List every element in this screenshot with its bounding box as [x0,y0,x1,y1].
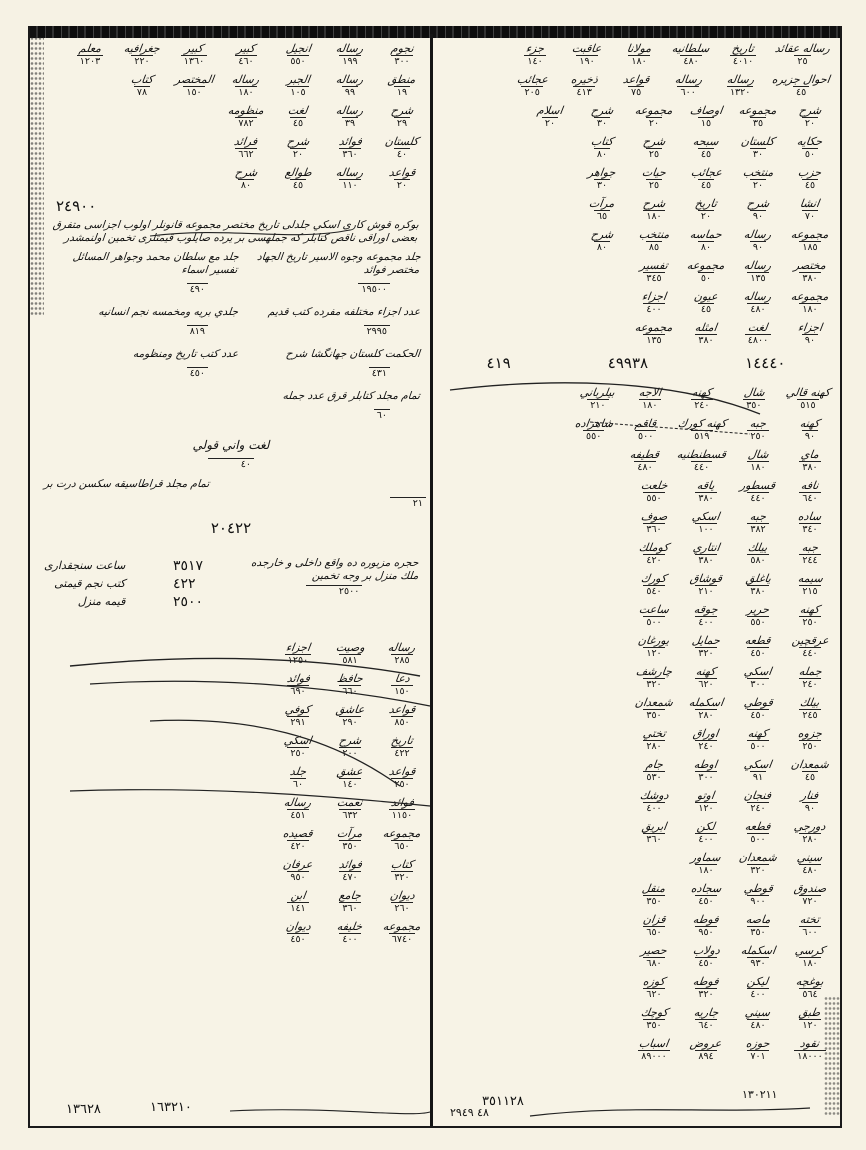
entry-value: ٤٥ [802,179,818,191]
entry-title: كتاب [130,73,154,86]
ledger-entry: چارشف٣٢٠ [634,665,674,690]
entry-value: ٢٥ [794,55,810,67]
entry-title: شمعدان [634,696,674,709]
ledger-row: شمعدان٤٥اسكي٩١اوطه٣٠٠جام٥٣٠ [442,758,830,783]
entry-title: عاقبت [571,42,602,55]
entry-value: ٣٢٠ [643,678,664,690]
ledger-entry: رساله٩٠ [738,228,778,253]
entry-value: ٥٣٠ [643,771,664,783]
entry-value: ٦٧٤٠ [389,933,415,945]
entry-value: ٢٠ [802,117,818,129]
entry-value: ٥٥٠ [583,430,604,442]
entry-value: ٤٥١ [287,809,308,821]
ledger-entry: ساعت٥٠٠ [634,603,674,628]
book-block: تمام مجلد كتابلر قرق عدد جمله٦٠ [250,390,420,422]
grand-total-left-2: ١٣٦٢٨ [66,1102,101,1117]
entry-value: ٣٠٠ [747,678,768,690]
entry-value: ٢٩١ [287,716,308,728]
entry-title: شمعدان [738,851,778,864]
ledger-entry: عشق١٤٠ [330,765,370,790]
entry-value: ٥٨٠ [747,554,768,566]
entry-title: اجزاء [641,290,667,303]
entry-title: كهنه [747,727,768,740]
entry-title: عروض [689,1037,722,1050]
ledger-entry: رساله١٣٥ [738,259,778,284]
ledger-entry: فنجان٢٤٠ [738,789,778,814]
entry-value: ١٤٠ [339,778,360,790]
ledger-entry: بوغچه٥٦٤ [790,975,830,1000]
book-block-text: عدد كتب تاريخ ومنظومه [67,348,238,361]
entry-title: رساله [336,73,365,86]
ledger-row: مجموعه١٨٠رساله٤٨٠عيون٤٥اجزاء٤٠٠ [442,290,830,315]
entry-title: ياغلق [745,572,772,585]
entry-title: شرح [390,104,414,117]
entry-title: فطعه [744,820,771,833]
ledger-entry: كهنه٢٥٠ [790,603,830,628]
entry-title: حرير [746,603,770,616]
entry-value: ٣٠٠ [695,771,716,783]
ledger-row: انشا٧٠شرح٩٠تاريخ٢٠شرح١٨٠مرآت٦٥ [442,197,830,222]
entry-value: ٤٠٠ [747,988,768,1000]
entry-title: اوطه [694,758,719,771]
ledger-entry: اسلام٢٠ [530,104,570,129]
ledger-entry: جام٥٣٠ [634,758,674,783]
entry-title: منتخب [742,166,774,179]
entry-value: ٩٥٠ [695,926,716,938]
entry-value: ١٢٠ [799,1019,820,1031]
entry-value: ٣٦٠ [643,833,664,845]
entry-title: مجموعه [382,827,421,840]
entry-value: ٣٠ [594,117,610,129]
entry-title: فوائد [338,135,363,148]
entry-title: امثله [694,321,718,334]
entry-value: ٩٠ [802,802,818,814]
entry-value: ١٨٠ [639,399,660,411]
ledger-entry: كلستان٤٠ [382,135,422,160]
ledger-entry: نافه٦٤٠ [790,479,830,504]
entry-title: سلطانيه [671,42,710,55]
ledger-entry: قزان٦٥٠ [634,913,674,938]
ledger-row: تاريخ٤٢٢شرح٢٠٠اسكي٢٥٠ [40,734,422,759]
entry-title: مجموعه [686,259,725,272]
signature: لغت واني قولي [36,438,426,452]
book-block-text: جلدي بريه ومخمسه نجم انسانيه [67,306,238,319]
corner-total: ١٣٠٢١١ [742,1088,777,1101]
entry-value: ٤٠٠ [695,616,716,628]
hand-value: ٢٥٠٠ [306,585,362,597]
entry-title: قوطي [743,882,774,895]
ledger-entry: عجائب٤٥ [686,166,726,191]
entry-title: عرفان [282,858,313,871]
manuscript-page: رساله عقائد٢٥تاريخ٤٠١٠سلطانيه٤٨٠مولانا١٨… [28,26,842,1128]
entry-title: صوف [640,510,668,523]
entry-title: قزان [642,913,666,926]
entry-title: رساله عقائد [774,42,831,55]
ledger-entry: مجموعه١٨٠ [790,290,830,315]
entry-value: ٣٨٠ [695,334,716,346]
ledger-entry: حماسه٨٠ [686,228,726,253]
ledger-row: رساله٢٨٥وصيت٥٨١اجزاء١٢٥٠ [40,641,422,666]
entry-title: جوقه [693,603,718,616]
entry-value: ٥١٩ [691,430,712,442]
ledger-entry: رساله٤٥١ [278,796,318,821]
entry-title: مجموعه [382,920,421,933]
ledger-entry: رساله١١٠ [330,166,370,191]
book-block-value: ٤٥٠ [187,367,208,379]
entry-value: ٨٩٤ [695,1050,716,1062]
ledger-entry: قطيفه٤٨٠ [625,448,665,473]
ledger-row: مجموعه٦٧٤٠خليفه٤٠٠ديوان٤٥٠ [40,920,422,945]
entry-title: نعمت [336,796,363,809]
entry-value: ٨٠ [594,241,610,253]
entry-value: ٤٥ [802,771,818,783]
entry-title: طبق [798,1006,821,1019]
entry-value: ٢٨٠ [695,709,716,721]
entry-title: كوچك [640,1006,669,1019]
entry-value: ٨٠ [698,241,714,253]
entry-title: شرح [286,135,310,148]
entry-value: ١٢٥٠ [285,654,311,666]
entry-value: ٤٥ [290,179,306,191]
ledger-entry: جبه٢٤٤ [790,541,830,566]
ledger-entry: كورك٥٤٠ [634,572,674,597]
entry-value: ٤٦٠ [235,55,256,67]
entry-title: قسطنطنيه [676,448,727,461]
ledger-entry: مجموعه٥٠ [686,259,726,284]
entry-value: ٣٨٠ [799,272,820,284]
ledger-entry: ليكن٤٠٠ [738,975,778,1000]
grand-total-left-1: ١٦٣٢١٠ [150,1100,192,1115]
ledger-entry: اسكمله٢٨٠ [686,696,726,721]
ledger-row: نجوم٣٠٠رساله١٩٩انجيل٥٥٠كبير٤٦٠كبير١٣٦٠جغ… [40,42,422,67]
entry-title: سيمه [797,572,824,585]
ledger-entry: تاريخ٢٠ [686,197,726,222]
ledger-entry: قواعد٢٠ [382,166,422,191]
ledger-entry: مجموعه٦٥٠ [382,827,422,852]
entry-title: فوائد [390,796,415,809]
entry-value: ٤٠١٠ [730,55,756,67]
ledger-row: بوغچه٥٦٤ليكن٤٠٠فوطه٣٢٠كوزه٦٢٠ [442,975,830,1000]
entry-value: ٣٢٠ [695,988,716,1000]
ledger-entry: جبه٣٨٢ [738,510,778,535]
entry-value: ٩٠ [750,210,766,222]
ledger-entry: حيات٢٥ [634,166,674,191]
ledger-entry: دعا١٥٠ [382,672,422,697]
entry-title: شرح [234,166,258,179]
ledger-entry: لغت٤٨٠٠ [738,321,778,346]
ledger-entry: سيني٤٨٠ [790,851,830,876]
ledger-entry: المختصر١٥٠ [174,73,214,98]
entry-title: خلعت [640,479,668,492]
entry-title: فوطه [692,975,719,988]
entry-value: ٤٤٠ [747,492,768,504]
ledger-entry: سجاده٤٥٠ [686,882,726,907]
ledger-entry: جزء١٤٠ [515,42,555,67]
entry-title: انتاري [692,541,721,554]
entry-value: ٤٥٠ [747,647,768,659]
ledger-entry: ماصه٣٥٠ [738,913,778,938]
entry-title: قوطي [743,696,774,709]
ledger-row: جبه٢٤٤ييلك٥٨٠انتاري٣٨٠كوملك٤٢٠ [442,541,830,566]
ledger-entry: عرقچين٤٤٠ [790,634,830,659]
entry-value: ٢٠٠ [339,747,360,759]
entry-title: رساله [232,73,261,86]
entry-value: ٦٦٢ [235,148,256,160]
entry-title: طوالع [284,166,313,179]
ledger-row: ساده٣٤٠جبه٣٨٢اسكي١٠٠صوف٣٦٠ [442,510,830,535]
entry-title: ذخيره [570,73,599,86]
entry-value: ٦٣٢ [339,809,360,821]
grand-total-right-2: ٤٨ ٢٩٤٩ [450,1106,489,1119]
entry-title: كبير [184,42,204,55]
entry-value: ٩٠ [802,430,818,442]
ledger-entry: فوائد٤٧٠ [330,858,370,883]
ledger-entry: لغت٤٥ [278,104,318,129]
entry-title: اسكمله [740,944,776,957]
ledger-entry: اجزاء١٢٥٠ [278,641,318,666]
entry-value: ٣٥٠ [643,895,664,907]
ledger-entry: سيمه٢١٥ [790,572,830,597]
line-note: تمام مجلد قراطاسيقه سكسن درت بر [43,478,418,491]
ledger-row: قواعد٢٥٠عشق١٤٠جلد٦٠ [40,765,422,790]
entry-title: دورجي [793,820,826,833]
entry-title: جزوه [797,727,823,740]
ledger-entry: كوچك٣٥٠ [634,1006,674,1031]
ledger-entry: اوطه٣٠٠ [686,758,726,783]
ledger-entry: قصيده٤٢٠ [278,827,318,852]
entry-value: ٩٠ [802,334,818,346]
ledger-entry: مختصر٣٨٠ [790,259,830,284]
ledger-entry: شرح٨٠ [582,228,622,253]
entry-value: ٢٤٤ [799,554,820,566]
entry-title: رساله [336,166,365,179]
entry-title: خليفه [336,920,363,933]
entry-value: ٤٥٠ [695,895,716,907]
hand-block: حجره مزبوره ده واقع داخلی و خارجدهملك من… [44,557,418,611]
entry-title: ييلك [747,541,768,554]
entry-title: قواعد [388,765,416,778]
ledger-entry: سيني٤٨٠ [738,1006,778,1031]
entry-value: ٣٦٠ [339,902,360,914]
entry-value: ٦٨٠ [643,957,664,969]
entry-value: ٧٨٢ [235,117,256,129]
ledger-entry: شرح٢٠ [278,135,318,160]
entry-title: ابن [290,889,306,902]
ledger-row: كهنه قالي٥١٥شال٣٥٠كهنه٢٤٠الاجه١٨٠بيلربان… [442,386,830,411]
ledger-entry: شرح١٨٠ [634,197,674,222]
entry-value: ٣٦٠ [339,148,360,160]
entry-value: ٨٥ [646,241,662,253]
entry-title: قطعه [744,634,771,647]
entry-title: كوزه [642,975,666,988]
entry-title: حيات [641,166,667,179]
entry-title: كلستان [740,135,775,148]
entry-value: ٦٠ [290,778,306,790]
entry-title: اسكي [743,758,772,771]
ledger-entry: اجزاء٤٠٠ [634,290,674,315]
entry-value: ٦٩٠ [287,685,308,697]
ledger-row: جمله٢٤٠اسكي٣٠٠كهنه٦٢٠چارشف٣٢٠ [442,665,830,690]
entry-value: ١٥ [698,117,714,129]
ledger-entry: اوراق٢٤٠ [686,727,726,752]
entry-value: ٣٥٠ [643,709,664,721]
entry-value: ٢٥٠ [287,747,308,759]
entry-title: مجموعه [790,228,829,241]
ledger-entry: نقود١٨٠٠٠ [790,1037,830,1062]
ledger-entry: حافظ٦٦٠ [330,672,370,697]
entry-value: ٢٦٠ [391,902,412,914]
entry-value: ٤٨٠ [634,461,655,473]
entry-title: قوشاق [689,572,723,585]
entry-value: ٤٥٠ [287,933,308,945]
entry-title: لغت [287,104,308,117]
book-block-value: ١٩٥٠٠ [358,283,390,295]
ledger-entry: دولاب٤٥٠ [686,944,726,969]
entry-value: ٣٥٠ [339,840,360,852]
entry-title: شرح [642,197,666,210]
entry-title: اسكي [743,665,772,678]
entry-title: مولانا [626,42,652,55]
ledger-entry: منتخب٢٠ [738,166,778,191]
entry-value: ٥٠٠ [747,833,768,845]
ledger-entry: كهنه٢٤٠ [682,386,722,411]
ledger-entry: حصير٦٨٠ [634,944,674,969]
ledger-entry: كوزه٦٢٠ [634,975,674,1000]
entry-title: چارشف [635,665,673,678]
left-column: نجوم٣٠٠رساله١٩٩انجيل٥٥٠كبير٤٦٠كبير١٣٦٠جغ… [36,42,426,951]
entry-title: اوتو [697,789,716,802]
ledger-entry: طوالع٤٥ [278,166,318,191]
entry-value: ٢٠ [646,117,662,129]
ledger-entry: شمعدان٣٢٠ [738,851,778,876]
ledger-row: بيلك٢٤٥قوطي٤٥٠اسكمله٢٨٠شمعدان٣٥٠ [442,696,830,721]
entry-value: ٥٨١ [339,654,360,666]
entry-title: الجبر [286,73,311,86]
entry-value: ٣٥٠ [743,399,764,411]
book-block-value: ٦٠ [374,409,390,421]
ledger-entry: اسكي٢٥٠ [278,734,318,759]
ledger-entry: عيون٤٥ [686,290,726,315]
ledger-entry: فوطه٣٢٠ [686,975,726,1000]
ledger-entry: تختي٢٨٠ [634,727,674,752]
ledger-row: احوال جزيره٤٥رساله١٣٢٠رساله٦٠٠قواعد٧٥ذخي… [442,73,830,98]
ledger-entry: نجوم٣٠٠ [382,42,422,67]
subtotal-value: ١٤٤٤٠ [745,354,785,372]
ledger-row: كهنه٢٥٠حرير٥٥٠جوقه٤٠٠ساعت٥٠٠ [442,603,830,628]
ledger-entry: مجموعه٢٠ [634,104,674,129]
ledger-entry: شرح٢٠٠ [330,734,370,759]
entry-value: ١٩٩ [339,55,360,67]
entry-value: ٣٤٠ [799,523,820,535]
ledger-entry: قطعه٤٥٠ [738,634,778,659]
ledger-entry: صندوق٧٢٠ [790,882,830,907]
entry-value: ٤٥ [793,86,809,98]
entry-title: كوفي [284,703,311,716]
ledger-entry: قواعد٢٥٠ [382,765,422,790]
ledger-row: صندوق٧٢٠قوطي٩٠٠سجاده٤٥٠منقل٣٥٠ [442,882,830,907]
entry-value: ٢٤٠ [691,399,712,411]
entry-value: ٣٢٠ [695,647,716,659]
subtotal-value: ٤١٩ [487,354,511,372]
entry-value: ٢٩ [394,117,410,129]
entry-title: حوزه [745,1037,770,1050]
entry-value: ٣٥٠ [747,926,768,938]
ledger-entry: كوملك٤٢٠ [634,541,674,566]
entry-value: ٦٤٠ [695,1019,716,1031]
ledger-entry: ياغلق٣٨٠ [738,572,778,597]
entry-value: ٧٠١ [747,1050,768,1062]
ledger-entry: شرح٣٠ [582,104,622,129]
entry-value: ٣٨٠ [695,554,716,566]
entry-title: منطق [387,73,416,86]
entry-value: ١٩ [394,86,410,98]
ledger-row: كرسي١٨٠اسكمله٩٣٠دولاب٤٥٠حصير٦٨٠ [442,944,830,969]
entry-value: ١٨٠ [695,864,716,876]
entry-title: مجموعه [634,104,673,117]
ledger-entry: اسباب٨٩٠٠٠ [634,1037,674,1062]
entry-value: ٩٩ [342,86,358,98]
entry-value: ٢٥ [646,179,662,191]
ledger-entry: منطق١٩ [382,73,422,98]
entry-title: منتخب [638,228,670,241]
ledger-entry: جلد٦٠ [278,765,318,790]
entry-title: ماي [800,448,820,461]
ledger-entry: قواعد٨٥٠ [382,703,422,728]
ledger-row: دعا١٥٠حافظ٦٦٠فوائد٦٩٠ [40,672,422,697]
entry-value: ٤٠ [394,148,410,160]
ledger-entry: قاقم٥٠٠ [626,417,666,442]
entry-title: مجموعه [738,104,777,117]
entry-title: قواعد [388,703,416,716]
entry-value: ٥٠ [802,148,818,160]
entry-value: ٥٠٠ [643,616,664,628]
entry-value: ١٤١ [287,902,308,914]
ledger-entry: سلطانيه٤٨٠ [671,42,711,67]
ledger-entry: رساله١٩٩ [330,42,370,67]
book-block-value: ٤٩٠ [187,283,208,295]
entry-value: ٢٤٠ [799,678,820,690]
entry-title: عشق [336,765,363,778]
entry-value: ١٢٠٣ [77,55,103,67]
entry-title: فرائد [233,135,258,148]
entry-value: ٣٩ [342,117,358,129]
entry-title: فنجان [744,789,773,802]
hand-label: قيمه منزل [44,593,125,611]
ledger-row: تخته٦٠٠ماصه٣٥٠فوطه٩٥٠قزان٦٥٠ [442,913,830,938]
entry-title: احوال جزيره [771,73,831,86]
entry-title: نقود [799,1037,820,1050]
entry-value: ٢٤٥ [799,709,820,721]
entry-value: ٣٨٢ [747,523,768,535]
entry-title: يورغان [637,634,670,647]
ledger-entry: رساله عقائد٢٥ [775,42,830,67]
ledger-entry: فرائد٦٦٢ [226,135,266,160]
ledger-row: شرح٢٩رساله٣٩لغت٤٥منظومه٧٨٢ [40,104,422,129]
ledger-entry: اجزاء٩٠ [790,321,830,346]
ledger-entry: فوائد٦٩٠ [278,672,318,697]
book-block: جلدي بريه ومخمسه نجم انسانيه٨١٩ [68,306,238,338]
ledger-entry: كبير٤٦٠ [226,42,266,67]
entry-title: شرح [798,104,822,117]
entry-title: اسكمله [688,696,724,709]
entry-value: ٣٥ [750,117,766,129]
book-block: عدد كتب تاريخ ومنظومه٤٥٠ [68,348,238,380]
book-block-text: تمام مجلد كتابلر قرق عدد جمله [249,390,420,403]
ledger-row: نقود١٨٠٠٠حوزه٧٠١عروض٨٩٤اسباب٨٩٠٠٠ [442,1037,830,1062]
entry-title: اسباب [638,1037,669,1050]
entry-title: كبير [236,42,256,55]
entry-value: ٢٥٠ [799,740,820,752]
